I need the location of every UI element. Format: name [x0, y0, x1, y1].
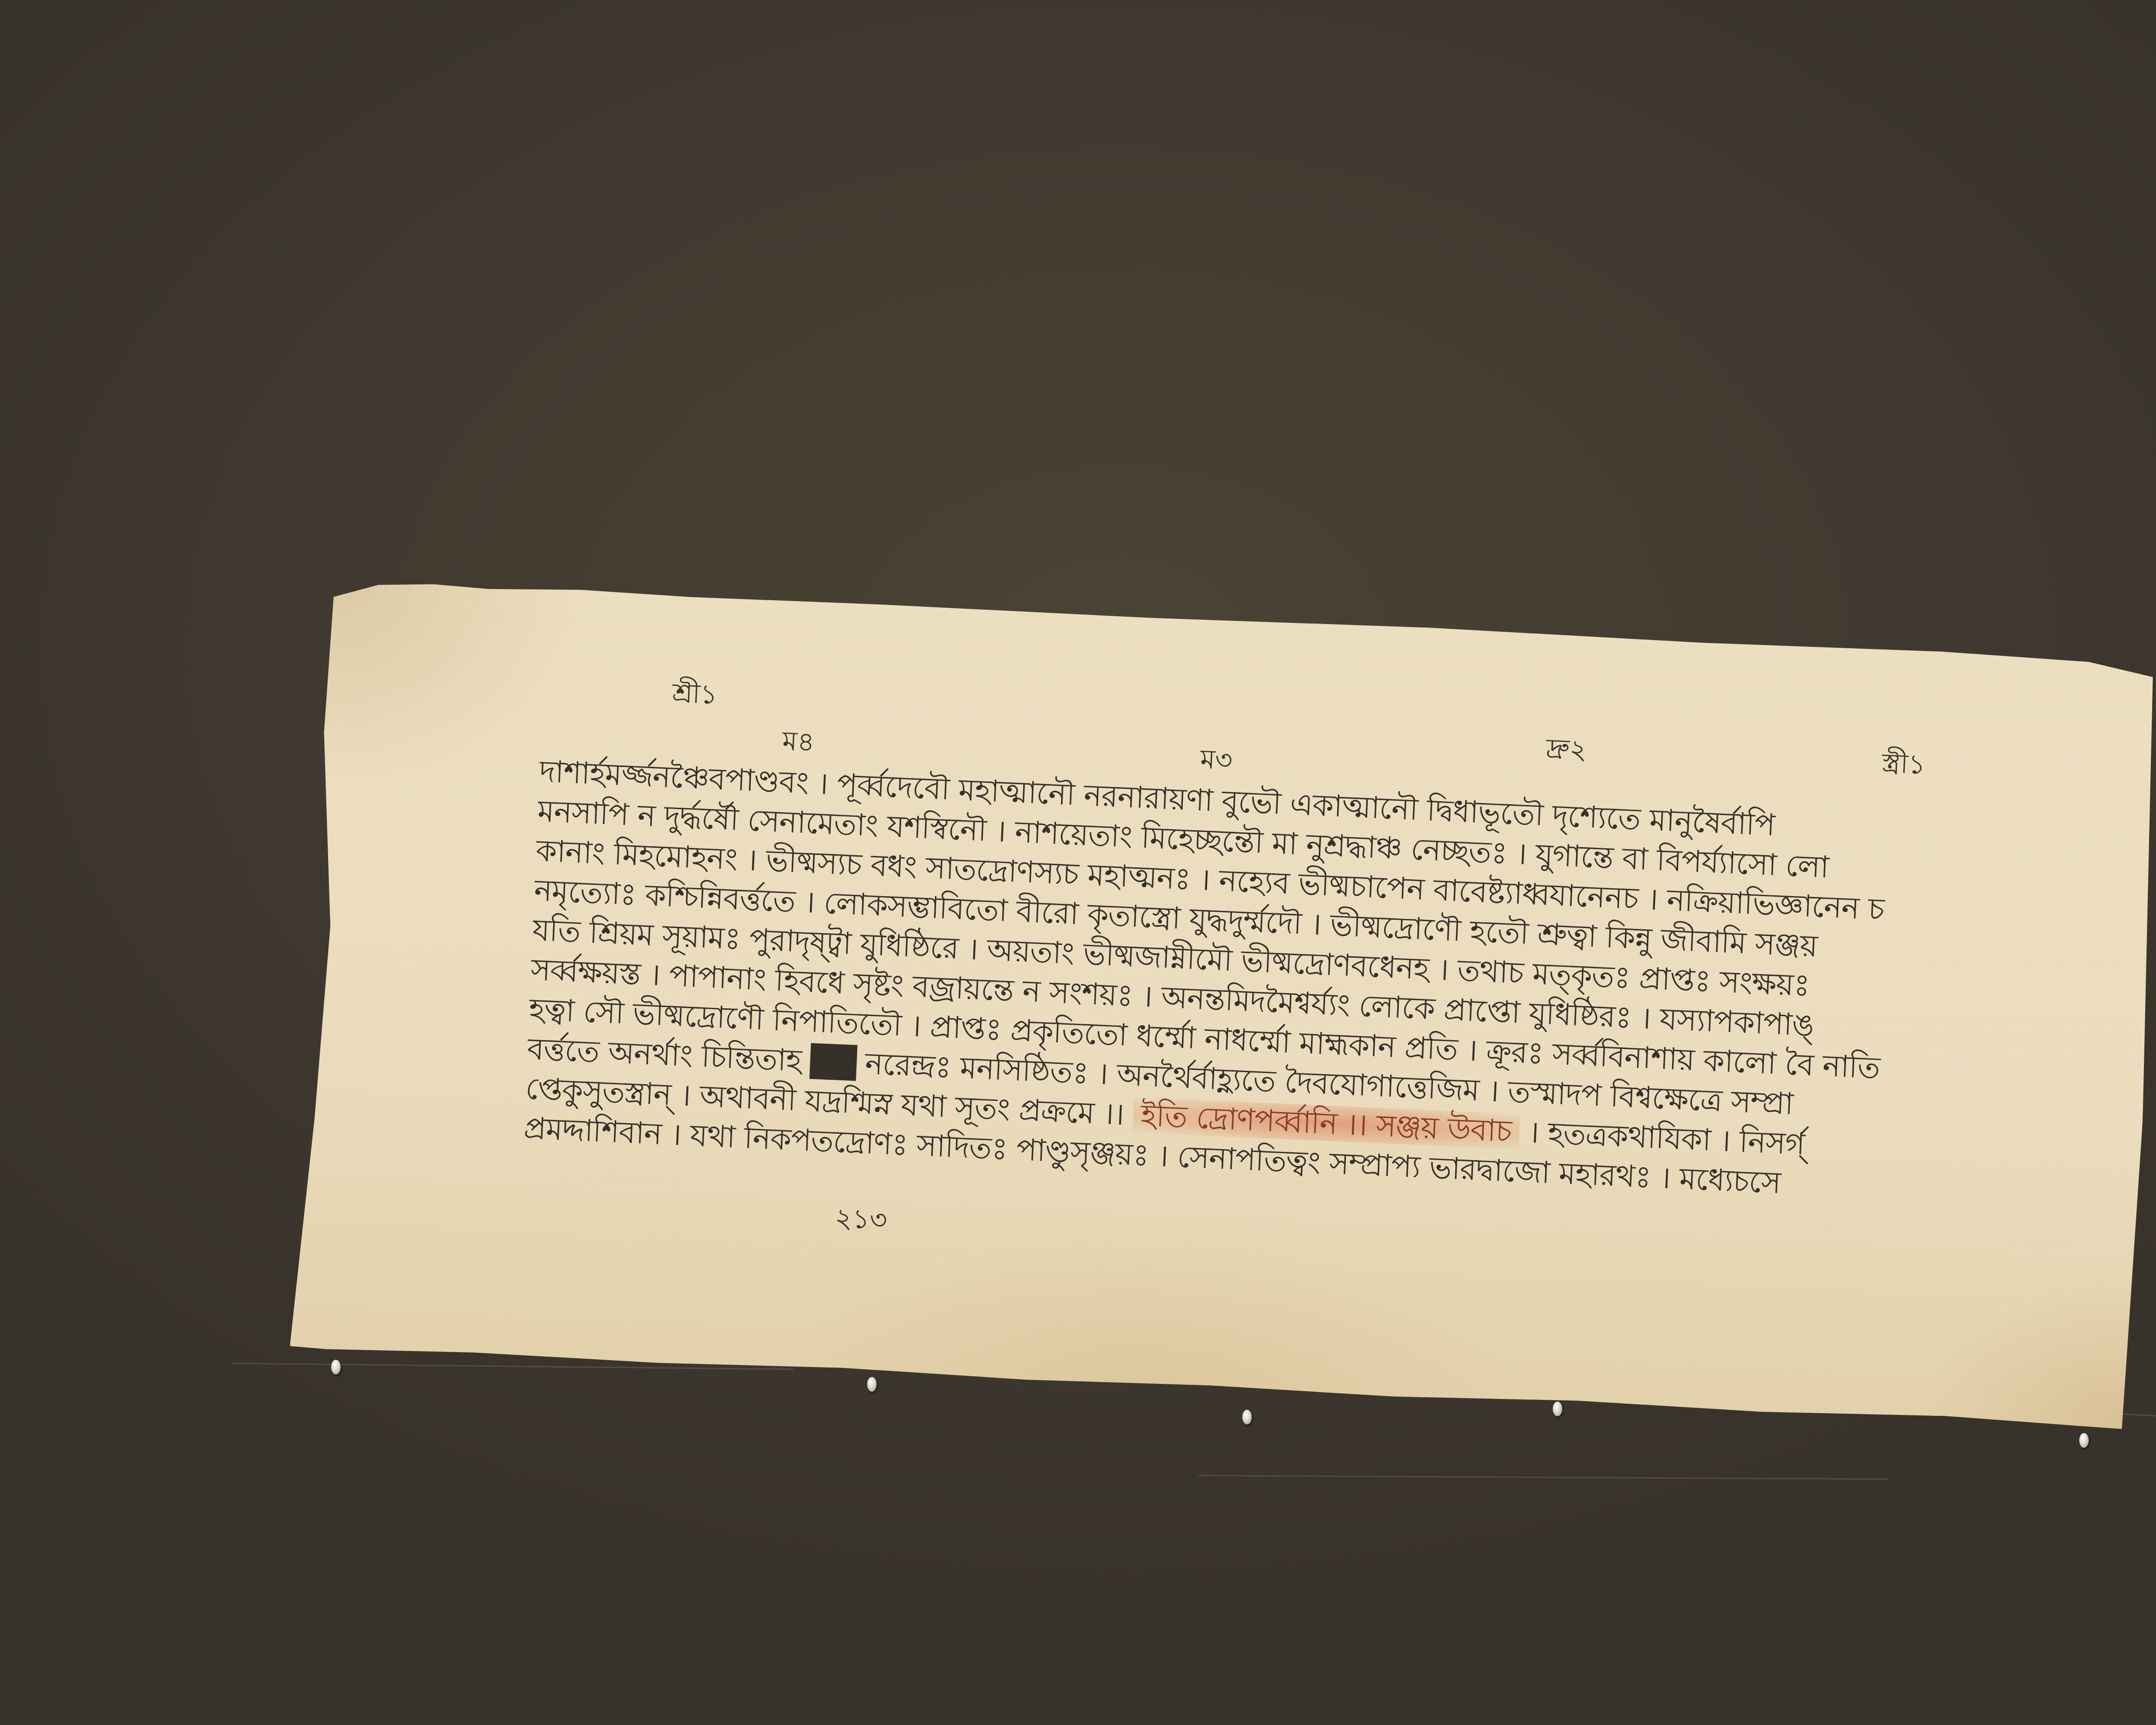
manuscript-text-block: দাশার্হমর্জ্জনঞ্চৈবপাণ্ডবং । পূর্ব্বদেবৌ… [523, 751, 2074, 1214]
mounting-pin [867, 1377, 877, 1392]
board-scratch-line [1199, 1475, 1889, 1480]
margin-note-top-1: শ্রী১ [672, 680, 718, 709]
mounting-pin [331, 1360, 341, 1374]
mounting-pin [2079, 1433, 2089, 1448]
margin-note-top-4: দ্রু২ [1545, 735, 1587, 763]
mounting-pin [1242, 1410, 1252, 1424]
folio-number: ২১৩ [834, 1204, 887, 1233]
manuscript-leaf: শ্রী১ ম৪ ম৩ দ্রু২ স্ত্রী১ দাশার্হমর্জ্জন… [290, 578, 2156, 1430]
margin-note-top-3: ম৩ [1200, 746, 1233, 774]
mounting-pin [1553, 1402, 1562, 1416]
margin-note-top-2: ম৪ [782, 728, 815, 756]
margin-note-top-right: স্ত্রী১ [1881, 750, 1926, 778]
